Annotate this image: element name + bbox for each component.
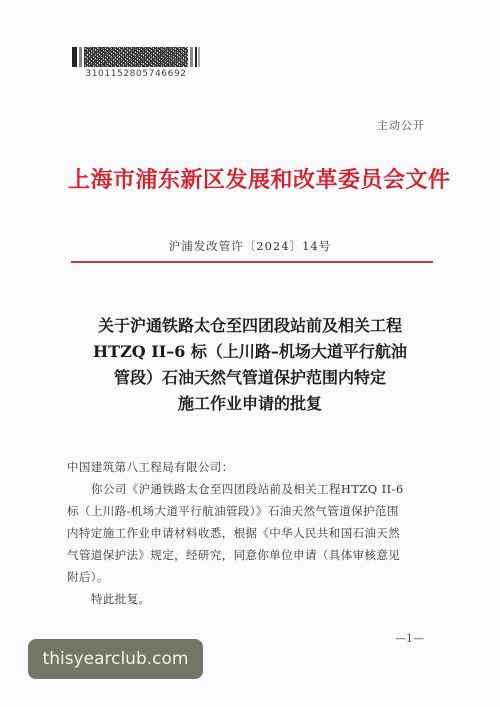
red-divider	[71, 261, 433, 263]
barcode	[72, 47, 200, 67]
body-line: 标（上川路-机场大道平行航油管段）》石油天然气管道保护范围	[67, 500, 437, 522]
body-line: 你公司《沪通铁路太仓至四团段站前及相关工程HTZQ II-6	[67, 478, 437, 500]
disclosure-label: 主动公开	[377, 117, 425, 133]
issuer-title: 上海市浦东新区发展和改革委员会文件	[68, 163, 436, 194]
body-line: 内特定施工作业申请材料收悉，根据《中华人民共和国石油天然	[67, 522, 437, 544]
watermark-text: thisyearclub.com	[43, 649, 189, 669]
body-line: 附后）。	[67, 566, 437, 588]
subject-line: 施工作业申请的批复	[60, 391, 440, 417]
subject-line: 关于沪通铁路太仓至四团段站前及相关工程	[60, 313, 440, 339]
document-number: 沪浦发改管许〔2024〕14号	[0, 238, 500, 254]
document-subject: 关于沪通铁路太仓至四团段站前及相关工程 HTZQ II–6 标（上川路–机场大道…	[60, 313, 440, 417]
document-body: 中国建筑第八工程局有限公司： 你公司《沪通铁路太仓至四团段站前及相关工程HTZQ…	[67, 456, 437, 610]
closing: 特此批复。	[67, 588, 437, 610]
barcode-number: 3101152805746692	[74, 69, 198, 79]
recipient: 中国建筑第八工程局有限公司：	[67, 456, 437, 478]
barcode-pattern	[84, 47, 188, 67]
body-line: 气管道保护法》规定，经研究，同意你单位申请（具体审核意见	[67, 544, 437, 566]
watermark-badge: thisyearclub.com	[28, 639, 203, 679]
page-number: —1—	[395, 632, 424, 645]
subject-line: HTZQ II–6 标（上川路–机场大道平行航油	[60, 339, 440, 365]
subject-line: 管段）石油天然气管道保护范围内特定	[60, 365, 440, 391]
